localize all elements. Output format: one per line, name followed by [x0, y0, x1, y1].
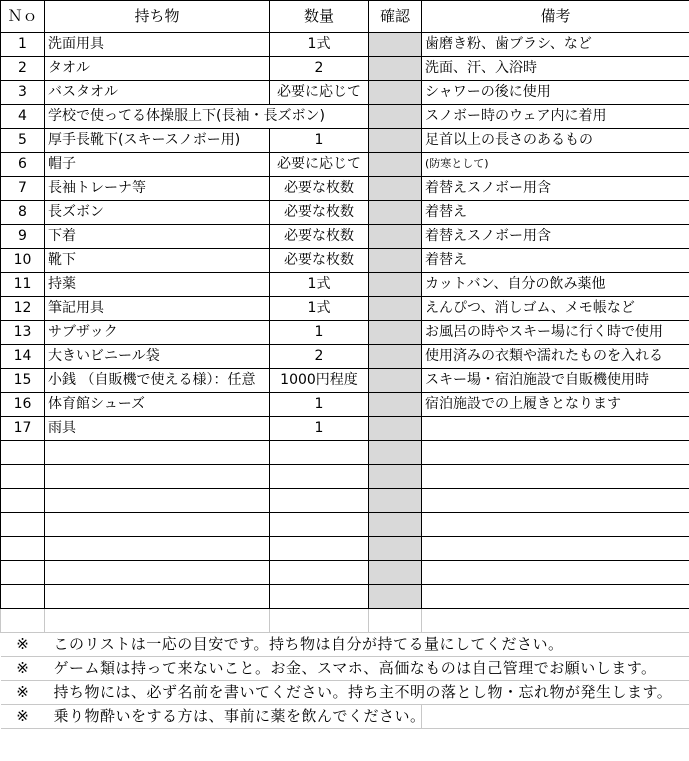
cell-qty: 必要な枚数 — [270, 225, 369, 249]
check-cell — [369, 225, 422, 249]
cell-no: 9 — [1, 225, 45, 249]
cell-no: 17 — [1, 417, 45, 441]
cell-item: タオル — [45, 57, 270, 81]
cell-no: 5 — [1, 129, 45, 153]
footnote-row: ※ このリストは一応の目安です。持ち物は自分が持てる量にしてください。 — [1, 633, 689, 657]
cell-qty: 必要な枚数 — [270, 249, 369, 273]
check-cell — [369, 129, 422, 153]
header-check: 確認 — [369, 1, 422, 33]
cell-qty: 1 — [270, 393, 369, 417]
footnote-text: このリストは一応の目安です。持ち物は自分が持てる量にしてください。 — [45, 633, 689, 657]
footnote-marker: ※ — [1, 657, 45, 681]
footnote-marker: ※ — [1, 633, 45, 657]
cell-item: 体育館シューズ — [45, 393, 270, 417]
cell-note: 足首以上の長さのあるもの — [422, 129, 689, 153]
check-cell — [369, 585, 422, 609]
table-row: 7 長袖トレーナ等 必要な枚数 着替えスノボー用含 — [1, 177, 689, 201]
header-item: 持ち物 — [45, 1, 270, 33]
check-cell — [369, 321, 422, 345]
cell-qty: 必要な枚数 — [270, 177, 369, 201]
check-cell — [369, 393, 422, 417]
check-cell — [369, 105, 422, 129]
cell-note — [422, 417, 689, 441]
cell-qty: 必要に応じて — [270, 153, 369, 177]
cell-no: 8 — [1, 201, 45, 225]
check-cell — [369, 417, 422, 441]
cell-no: 13 — [1, 321, 45, 345]
cell-item: 厚手長靴下(スキースノボー用) — [45, 129, 270, 153]
cell-item: 雨具 — [45, 417, 270, 441]
check-cell — [369, 345, 422, 369]
empty-row — [1, 537, 689, 561]
cell-no: 16 — [1, 393, 45, 417]
footnote-row: ※ 持ち物には、必ず名前を書いてください。持ち主不明の落とし物・忘れ物が発生しま… — [1, 681, 689, 705]
check-cell — [369, 249, 422, 273]
table-row: 11 持薬 1式 カットバン、自分の飲み薬他 — [1, 273, 689, 297]
cell-qty: 1式 — [270, 273, 369, 297]
table-row: 5 厚手長靴下(スキースノボー用) 1 足首以上の長さのあるもの — [1, 129, 689, 153]
table-row: 12 筆記用具 1式 えんぴつ、消しゴム、メモ帳など — [1, 297, 689, 321]
empty-row — [1, 561, 689, 585]
header-qty: 数量 — [270, 1, 369, 33]
footnote-row: ※ 乗り物酔いをする方は、事前に薬を飲んでください。 — [1, 705, 689, 729]
check-cell — [369, 537, 422, 561]
table-row: 9 下着 必要な枚数 着替えスノボー用含 — [1, 225, 689, 249]
cell-item-overflow: 学校で使ってる体操服上下(長袖・長ズボン) — [45, 105, 369, 129]
cell-note: お風呂の時やスキー場に行く時で使用 — [422, 321, 689, 345]
empty-row — [1, 465, 689, 489]
cell-no: 10 — [1, 249, 45, 273]
check-cell — [369, 201, 422, 225]
footnote-marker: ※ — [1, 681, 45, 705]
table-row: 1 洗面用具 1式 歯磨き粉、歯ブラシ、など — [1, 33, 689, 57]
cell-item: 小銭 （自販機で使える様）：任意 — [45, 369, 270, 393]
check-cell — [369, 513, 422, 537]
table-row: 14 大きいビニール袋 2 使用済みの衣類や濡れたものを入れる — [1, 345, 689, 369]
cell-qty: 1式 — [270, 33, 369, 57]
table-row: 13 サブザック 1 お風呂の時やスキー場に行く時で使用 — [1, 321, 689, 345]
cell-qty: 2 — [270, 345, 369, 369]
table-row: 6 帽子 必要に応じて (防寒として) — [1, 153, 689, 177]
cell-no: 1 — [1, 33, 45, 57]
cell-note: 着替えスノボー用含 — [422, 177, 689, 201]
cell-note: スノボー時のウェア内に着用 — [422, 105, 689, 129]
cell-item: バスタオル — [45, 81, 270, 105]
check-cell — [369, 153, 422, 177]
footnote-row: ※ ゲーム類は持って来ないこと。お金、スマホ、高価なものは自己管理でお願いします… — [1, 657, 689, 681]
cell-no: 3 — [1, 81, 45, 105]
check-cell — [369, 33, 422, 57]
header-note: 備考 — [422, 1, 689, 33]
footnote-text: 乗り物酔いをする方は、事前に薬を飲んでください。 — [45, 705, 422, 729]
footnote-empty-cell — [422, 705, 689, 729]
check-cell — [369, 57, 422, 81]
table-row: 3 バスタオル 必要に応じて シャワーの後に使用 — [1, 81, 689, 105]
cell-qty: 1 — [270, 129, 369, 153]
check-cell — [369, 369, 422, 393]
cell-no: 6 — [1, 153, 45, 177]
cell-qty: 必要な枚数 — [270, 201, 369, 225]
check-cell — [369, 561, 422, 585]
header-row: Ｎｏ 持ち物 数量 確認 備考 — [1, 1, 689, 33]
table-row: 2 タオル 2 洗面、汗、入浴時 — [1, 57, 689, 81]
table-row: 4 学校で使ってる体操服上下(長袖・長ズボン) スノボー時のウェア内に着用 — [1, 105, 689, 129]
cell-note: (防寒として) — [422, 153, 689, 177]
cell-item: 持薬 — [45, 273, 270, 297]
cell-item: 長ズボン — [45, 201, 270, 225]
check-cell — [369, 273, 422, 297]
table-row: 17 雨具 1 — [1, 417, 689, 441]
check-cell — [369, 465, 422, 489]
cell-item: 長袖トレーナ等 — [45, 177, 270, 201]
cell-note: 使用済みの衣類や濡れたものを入れる — [422, 345, 689, 369]
empty-row — [1, 489, 689, 513]
table-row: 15 小銭 （自販機で使える様）：任意 1000円程度 スキー場・宿泊施設で自販… — [1, 369, 689, 393]
cell-item: サブザック — [45, 321, 270, 345]
check-cell — [369, 177, 422, 201]
cell-qty: 1 — [270, 417, 369, 441]
cell-item: 下着 — [45, 225, 270, 249]
empty-row — [1, 513, 689, 537]
empty-row — [1, 585, 689, 609]
check-cell — [369, 489, 422, 513]
cell-no: 4 — [1, 105, 45, 129]
cell-item: 帽子 — [45, 153, 270, 177]
cell-no: 15 — [1, 369, 45, 393]
check-cell — [369, 441, 422, 465]
cell-note: 着替え — [422, 249, 689, 273]
light-empty-row — [1, 609, 689, 633]
cell-no: 2 — [1, 57, 45, 81]
cell-qty: 1式 — [270, 297, 369, 321]
cell-note: 着替えスノボー用含 — [422, 225, 689, 249]
cell-note: スキー場・宿泊施設で自販機使用時 — [422, 369, 689, 393]
footnote-marker: ※ — [1, 705, 45, 729]
cell-note: えんぴつ、消しゴム、メモ帳など — [422, 297, 689, 321]
table-row: 8 長ズボン 必要な枚数 着替え — [1, 201, 689, 225]
table-row: 10 靴下 必要な枚数 着替え — [1, 249, 689, 273]
check-cell — [369, 81, 422, 105]
cell-no: 11 — [1, 273, 45, 297]
cell-note: 洗面、汗、入浴時 — [422, 57, 689, 81]
cell-no: 12 — [1, 297, 45, 321]
cell-item: 靴下 — [45, 249, 270, 273]
cell-item: 筆記用具 — [45, 297, 270, 321]
cell-note: 宿泊施設での上履きとなります — [422, 393, 689, 417]
cell-qty: 必要に応じて — [270, 81, 369, 105]
cell-note: 着替え — [422, 201, 689, 225]
cell-note: カットバン、自分の飲み薬他 — [422, 273, 689, 297]
table-row: 16 体育館シューズ 1 宿泊施設での上履きとなります — [1, 393, 689, 417]
cell-note: シャワーの後に使用 — [422, 81, 689, 105]
footnote-text: ゲーム類は持って来ないこと。お金、スマホ、高価なものは自己管理でお願いします。 — [45, 657, 689, 681]
footnote-text: 持ち物には、必ず名前を書いてください。持ち主不明の落とし物・忘れ物が発生します。 — [45, 681, 689, 705]
cell-item: 大きいビニール袋 — [45, 345, 270, 369]
cell-qty: 1 — [270, 321, 369, 345]
cell-no: 7 — [1, 177, 45, 201]
cell-qty: 2 — [270, 57, 369, 81]
check-cell — [369, 297, 422, 321]
header-no: Ｎｏ — [1, 1, 45, 33]
packing-list-table: Ｎｏ 持ち物 数量 確認 備考 1 洗面用具 1式 歯磨き粉、歯ブラシ、など 2… — [0, 0, 689, 729]
cell-qty: 1000円程度 — [270, 369, 369, 393]
cell-no: 14 — [1, 345, 45, 369]
cell-note: 歯磨き粉、歯ブラシ、など — [422, 33, 689, 57]
cell-item: 洗面用具 — [45, 33, 270, 57]
empty-row — [1, 441, 689, 465]
